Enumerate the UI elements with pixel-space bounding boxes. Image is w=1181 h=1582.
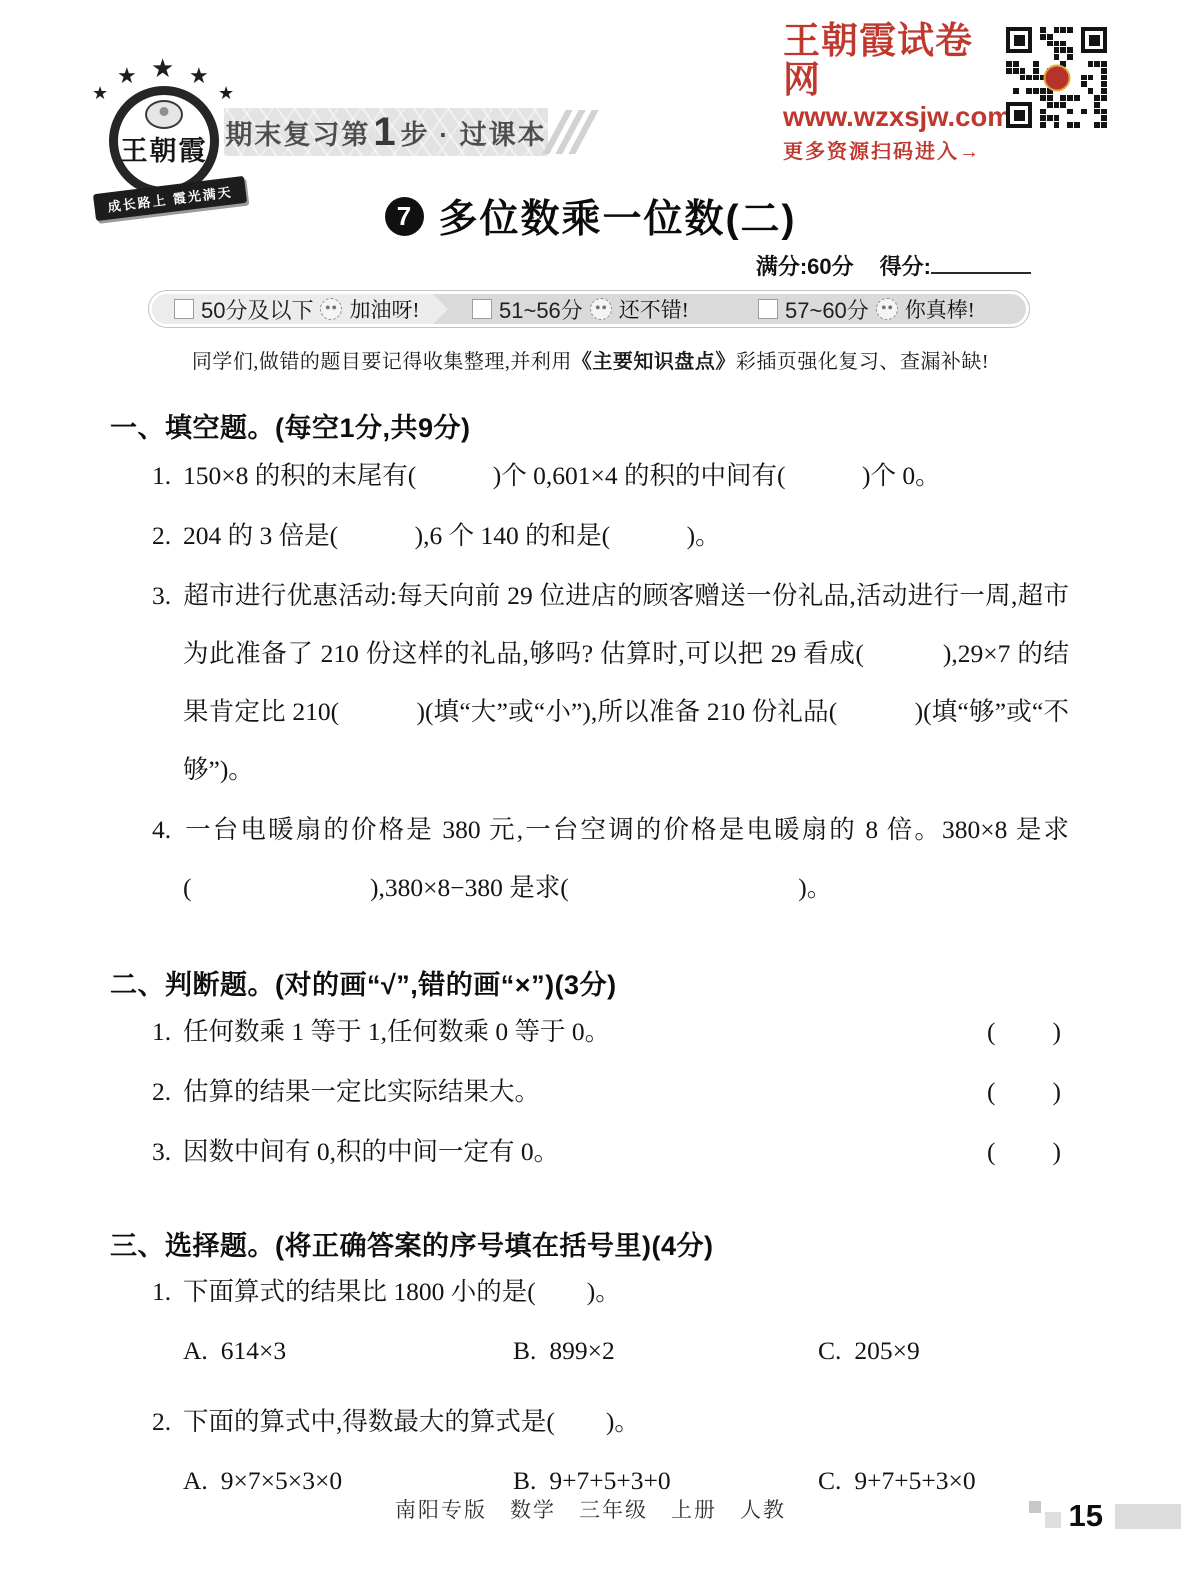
smiley-icon	[320, 298, 342, 320]
option-b[interactable]: B.899×2	[513, 1321, 818, 1381]
score-segment-high: 57~60分 你真棒!	[744, 294, 1026, 324]
star-icon: ★	[218, 84, 234, 102]
page-number-block: 15	[1029, 1498, 1181, 1534]
full-score-label: 满分:60分	[756, 254, 854, 279]
item-text: 超市进行优惠活动:每天向前 29 位进店的顾客赠送一份礼品,活动进行一周,超市为…	[183, 581, 1069, 784]
item-number: 2.	[152, 507, 183, 565]
step-banner-suffix: 步 · 过课本	[401, 113, 547, 152]
brand-block: 王朝霞试卷网 www.wzxsjw.com 更多资源扫码进入→	[783, 22, 1001, 164]
praise-label: 还不错!	[619, 294, 689, 324]
step-banner: 期末复习第 1 步 · 过课本	[224, 108, 548, 156]
fill-item-3: 3.超市进行优惠活动:每天向前 29 位进店的顾客赠送一份礼品,活动进行一周,超…	[110, 567, 1069, 799]
item-text: 任何数乘 1 等于 1,任何数乘 0 等于 0。	[183, 1002, 987, 1062]
brand-scan-hint: 更多资源扫码进入→	[783, 135, 1001, 164]
item-text: 下面算式的结果比 1800 小的是( )。	[183, 1277, 621, 1306]
qr-code	[1006, 27, 1107, 128]
badge-circle: 王朝霞	[109, 86, 219, 196]
exam-page: ★ ★ ★ ★ ★ 王朝霞 成长路上 霞光满天 期末复习第 1 步 · 过课本 …	[0, 0, 1181, 1582]
item-number: 3.	[152, 1122, 183, 1182]
item-number: 1.	[152, 1263, 183, 1321]
qr-finder-icon	[1081, 27, 1107, 53]
fill-item-4: 4.一台电暖扇的价格是 380 元,一台空调的价格是电暖扇的 8 倍。380×8…	[110, 801, 1069, 917]
choice-question-2: 2.下面的算式中,得数最大的算式是( )。	[110, 1393, 1069, 1451]
item-number: 3.	[152, 567, 183, 625]
item-text: 一台电暖扇的价格是 380 元,一台空调的价格是电暖扇的 8 倍。380×8 是…	[183, 815, 1069, 902]
section-judge: 二、判断题。(对的画“√”,错的画“×”)(3分) 1. 任何数乘 1 等于 1…	[110, 963, 1069, 1182]
star-icon: ★	[189, 65, 209, 87]
item-text: 因数中间有 0,积的中间一定有 0。	[183, 1122, 987, 1182]
brand-site-url: www.wzxsjw.com	[783, 101, 1001, 133]
section2-heading: 二、判断题。(对的画“√”,错的画“×”)(3分)	[110, 963, 1069, 1002]
star-icon: ★	[117, 65, 137, 87]
score-range-bar: 50分及以下 加油呀! 51~56分 还不错! 57~60分 你真棒!	[148, 290, 1030, 328]
section-fill-in: 一、填空题。(每空1分,共9分) 1.150×8 的积的末尾有( )个 0,60…	[110, 406, 1069, 917]
star-icon: ★	[92, 84, 108, 102]
study-notice: 同学们,做错的题目要记得收集整理,并利用《主要知识盘点》彩插页强化复习、查漏补缺…	[0, 345, 1181, 374]
smiley-icon	[590, 298, 612, 320]
judge-item-3: 3. 因数中间有 0,积的中间一定有 0。 ( )	[110, 1122, 1069, 1182]
item-number: 1.	[152, 1002, 183, 1062]
qr-finder-icon	[1006, 27, 1032, 53]
notice-post: 彩插页强化复习、查漏补缺!	[736, 351, 989, 373]
range-label: 50分及以下	[201, 294, 313, 324]
item-number: 1.	[152, 447, 183, 505]
deco-square	[1029, 1501, 1041, 1513]
question-area: 一、填空题。(每空1分,共9分) 1.150×8 的积的末尾有( )个 0,60…	[0, 406, 1181, 1511]
score-segment-low: 50分及以下 加油呀!	[152, 294, 448, 324]
brand-site-name: 王朝霞试卷网	[783, 22, 1001, 100]
notice-pre: 同学们,做错的题目要记得收集整理,并利用	[192, 351, 572, 373]
option-a[interactable]: A.614×3	[183, 1321, 513, 1381]
step-number: 1	[373, 110, 397, 155]
answer-bracket[interactable]: ( )	[987, 1062, 1063, 1122]
choice-options-1: A.614×3 B.899×2 C.205×9	[110, 1321, 1069, 1381]
lesson-number-badge: 7	[385, 197, 424, 236]
portrait-icon	[145, 100, 183, 129]
checkbox-low[interactable]	[174, 299, 194, 319]
item-text: 204 的 3 倍是( ),6 个 140 的和是( )。	[183, 521, 721, 550]
judge-item-2: 2. 估算的结果一定比实际结果大。 ( )	[110, 1062, 1069, 1122]
praise-label: 你真棒!	[905, 294, 975, 324]
item-text: 下面的算式中,得数最大的算式是( )。	[183, 1407, 640, 1436]
page-number: 15	[1069, 1498, 1103, 1534]
notice-book-title: 《主要知识盘点》	[572, 351, 736, 373]
judge-item-1: 1. 任何数乘 1 等于 1,任何数乘 0 等于 0。 ( )	[110, 1002, 1069, 1062]
item-text: 估算的结果一定比实际结果大。	[183, 1062, 987, 1122]
item-number: 2.	[152, 1393, 183, 1451]
section-choice: 三、选择题。(将正确答案的序号填在括号里)(4分) 1.下面算式的结果比 180…	[110, 1224, 1069, 1511]
item-number: 2.	[152, 1062, 183, 1122]
checkbox-high[interactable]	[758, 299, 778, 319]
score-label: 得分:	[880, 254, 931, 279]
qr-center-emblem-icon	[1043, 64, 1070, 91]
score-blank[interactable]	[931, 254, 1031, 274]
qr-finder-icon	[1006, 102, 1032, 128]
star-icon: ★	[151, 56, 174, 82]
answer-bracket[interactable]: ( )	[987, 1002, 1063, 1062]
score-segment-mid: 51~56分 还不错!	[448, 294, 744, 324]
range-label: 57~60分	[785, 294, 869, 324]
paper-title: 多位数乘一位数(二)	[439, 188, 797, 244]
edition-footer: 南阳专版 数学 三年级 上册 人教	[0, 1494, 1181, 1524]
score-header: 满分:60分得分:	[0, 250, 1031, 281]
brand-badge: ★ ★ ★ ★ ★ 王朝霞 成长路上 霞光满天	[96, 56, 238, 214]
deco-square	[1045, 1512, 1061, 1528]
deco-bar	[1115, 1504, 1181, 1529]
choice-question-1: 1.下面算式的结果比 1800 小的是( )。	[110, 1263, 1069, 1321]
banner-slashes-decor	[554, 110, 587, 154]
step-banner-prefix: 期末复习第	[225, 113, 370, 152]
fill-item-2: 2.204 的 3 倍是( ),6 个 140 的和是( )。	[110, 507, 1069, 565]
option-c[interactable]: C.205×9	[818, 1321, 920, 1381]
praise-label: 加油呀!	[349, 294, 419, 324]
item-text: 150×8 的积的末尾有( )个 0,601×4 的积的中间有( )个 0。	[183, 461, 941, 490]
section1-heading: 一、填空题。(每空1分,共9分)	[110, 406, 1069, 445]
smiley-icon	[876, 298, 898, 320]
range-label: 51~56分	[499, 294, 583, 324]
fill-item-1: 1.150×8 的积的末尾有( )个 0,601×4 的积的中间有( )个 0。	[110, 447, 1069, 505]
answer-bracket[interactable]: ( )	[987, 1122, 1063, 1182]
section3-heading: 三、选择题。(将正确答案的序号填在括号里)(4分)	[110, 1224, 1069, 1263]
badge-name: 王朝霞	[118, 129, 210, 168]
checkbox-mid[interactable]	[472, 299, 492, 319]
item-number: 4.	[152, 801, 183, 859]
